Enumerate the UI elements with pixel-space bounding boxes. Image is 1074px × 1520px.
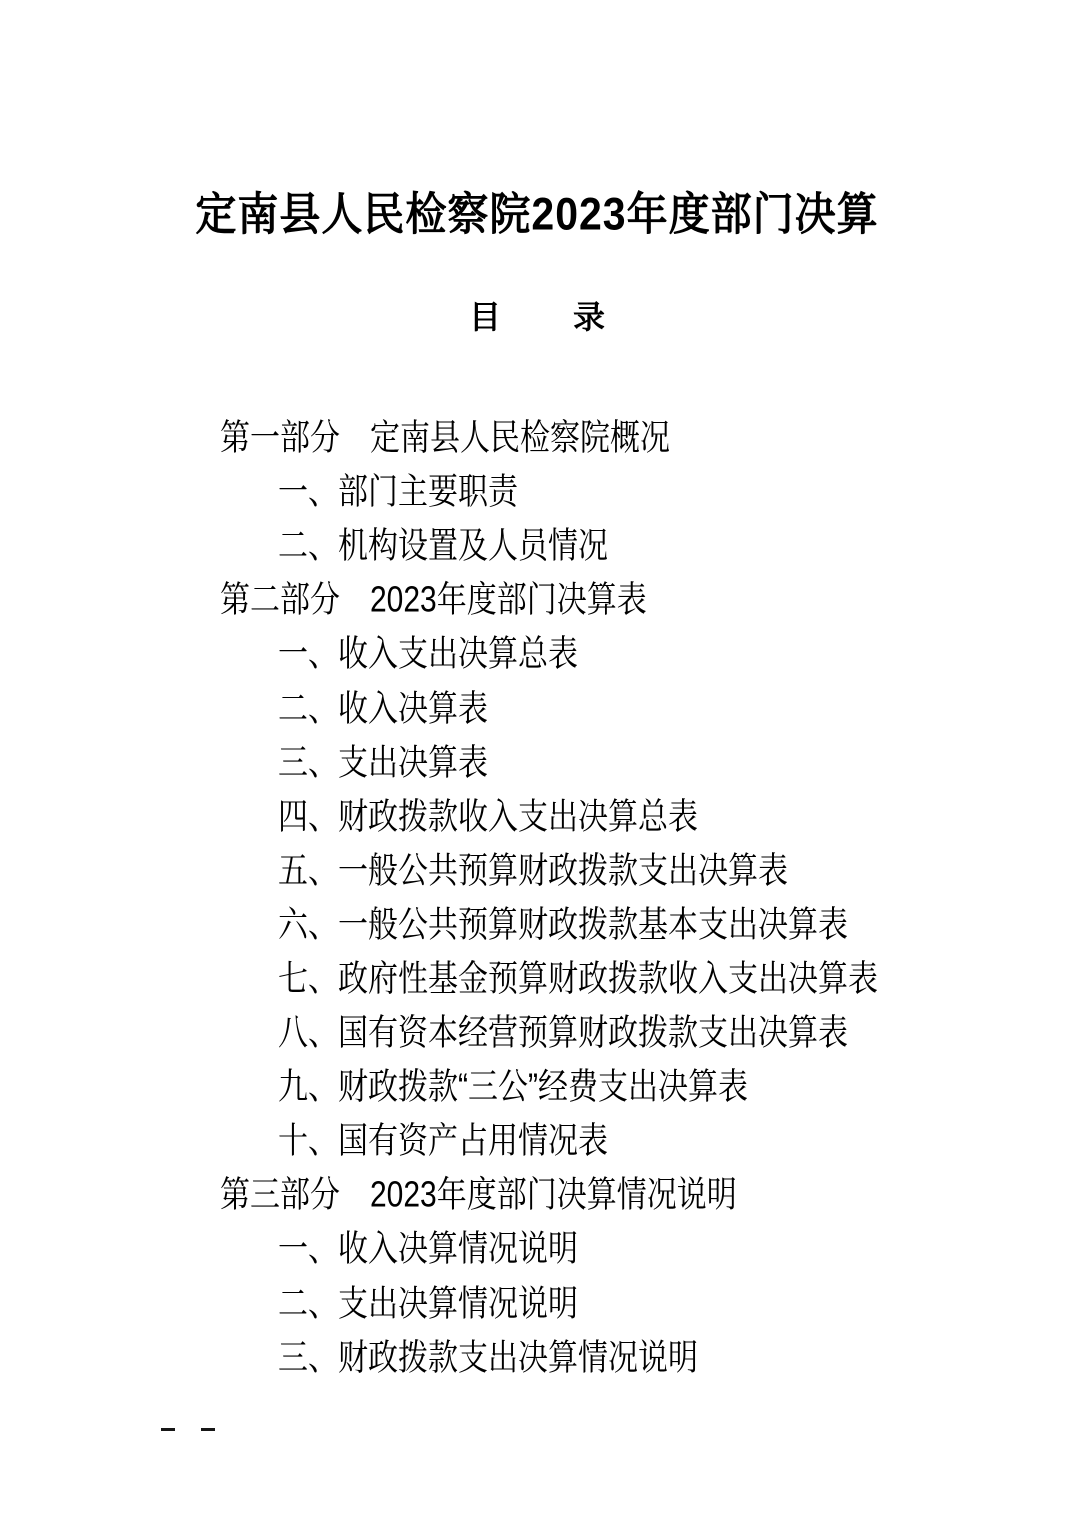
footer-dash-left: - (161, 1428, 175, 1431)
toc-entry: 九、财政拨款“三公”经费支出决算表 (0, 1056, 1074, 1110)
toc-entry-text: 十、国有资产占用情况表 (278, 1111, 608, 1164)
toc-heading: 目 录 (0, 299, 1074, 335)
document-page: 定南县人民检察院2023年度部门决算 目 录 第一部分 定南县人民检察院概况 一… (0, 0, 1074, 1520)
toc-entry: 三、财政拨款支出决算情况说明 (0, 1327, 1074, 1381)
page-footer-dashes: - - (161, 1428, 215, 1431)
toc-heading-char-left: 目 (469, 299, 501, 335)
toc-entry: 一、收入支出决算总表 (0, 623, 1074, 677)
toc-entry-text: 一、收入决算情况说明 (278, 1219, 578, 1272)
toc-entry: 二、支出决算情况说明 (0, 1273, 1074, 1327)
toc-entry-text: 三、支出决算表 (278, 732, 488, 785)
toc-part-heading: 第三部分 2023年度部门决算情况说明 (0, 1164, 1074, 1218)
toc-entry: 十、国有资产占用情况表 (0, 1110, 1074, 1164)
toc-entry: 二、机构设置及人员情况 (0, 515, 1074, 569)
toc-part-heading-text: 第一部分 定南县人民检察院概况 (220, 408, 670, 461)
toc-entry: 二、收入决算表 (0, 677, 1074, 731)
toc-entry-text: 六、一般公共预算财政拨款基本支出决算表 (278, 894, 848, 947)
toc-entry: 一、收入决算情况说明 (0, 1218, 1074, 1272)
document-title-text: 定南县人民检察院2023年度部门决算 (195, 185, 878, 242)
footer-dash-right: - (201, 1428, 215, 1431)
toc-entry: 八、国有资本经营预算财政拨款支出决算表 (0, 1002, 1074, 1056)
toc-entry-text: 一、收入支出决算总表 (278, 624, 578, 677)
toc-part-heading-text: 第三部分 2023年度部门决算情况说明 (220, 1165, 737, 1218)
toc-entry: 三、支出决算表 (0, 732, 1074, 786)
toc-part-heading-text: 第二部分 2023年度部门决算表 (220, 570, 647, 623)
toc-entry-text: 二、收入决算表 (278, 678, 488, 731)
toc-part-heading: 第二部分 2023年度部门决算表 (0, 569, 1074, 623)
toc-entry-text: 五、一般公共预算财政拨款支出决算表 (278, 840, 788, 893)
toc-entry: 六、一般公共预算财政拨款基本支出决算表 (0, 894, 1074, 948)
toc-entry: 一、部门主要职责 (0, 461, 1074, 515)
toc-part-heading: 第一部分 定南县人民检察院概况 (0, 407, 1074, 461)
toc-entry-text: 七、政府性基金预算财政拨款收入支出决算表 (278, 949, 878, 1002)
toc-entry-text: 一、部门主要职责 (278, 462, 518, 515)
document-title: 定南县人民检察院2023年度部门决算 (0, 188, 1074, 240)
toc-entry: 七、政府性基金预算财政拨款收入支出决算表 (0, 948, 1074, 1002)
toc-entry-text: 二、支出决算情况说明 (278, 1273, 578, 1326)
table-of-contents: 第一部分 定南县人民检察院概况 一、部门主要职责 二、机构设置及人员情况 第二部… (0, 407, 1074, 1381)
toc-entry-text: 三、财政拨款支出决算情况说明 (278, 1327, 698, 1380)
toc-entry: 四、财政拨款收入支出决算总表 (0, 786, 1074, 840)
toc-entry: 五、一般公共预算财政拨款支出决算表 (0, 840, 1074, 894)
toc-entry-text: 四、财政拨款收入支出决算总表 (278, 786, 698, 839)
toc-entry-text: 九、财政拨款“三公”经费支出决算表 (278, 1057, 748, 1110)
toc-heading-char-right: 录 (573, 299, 605, 335)
toc-entry-text: 二、机构设置及人员情况 (278, 516, 608, 569)
toc-entry-text: 八、国有资本经营预算财政拨款支出决算表 (278, 1003, 848, 1056)
